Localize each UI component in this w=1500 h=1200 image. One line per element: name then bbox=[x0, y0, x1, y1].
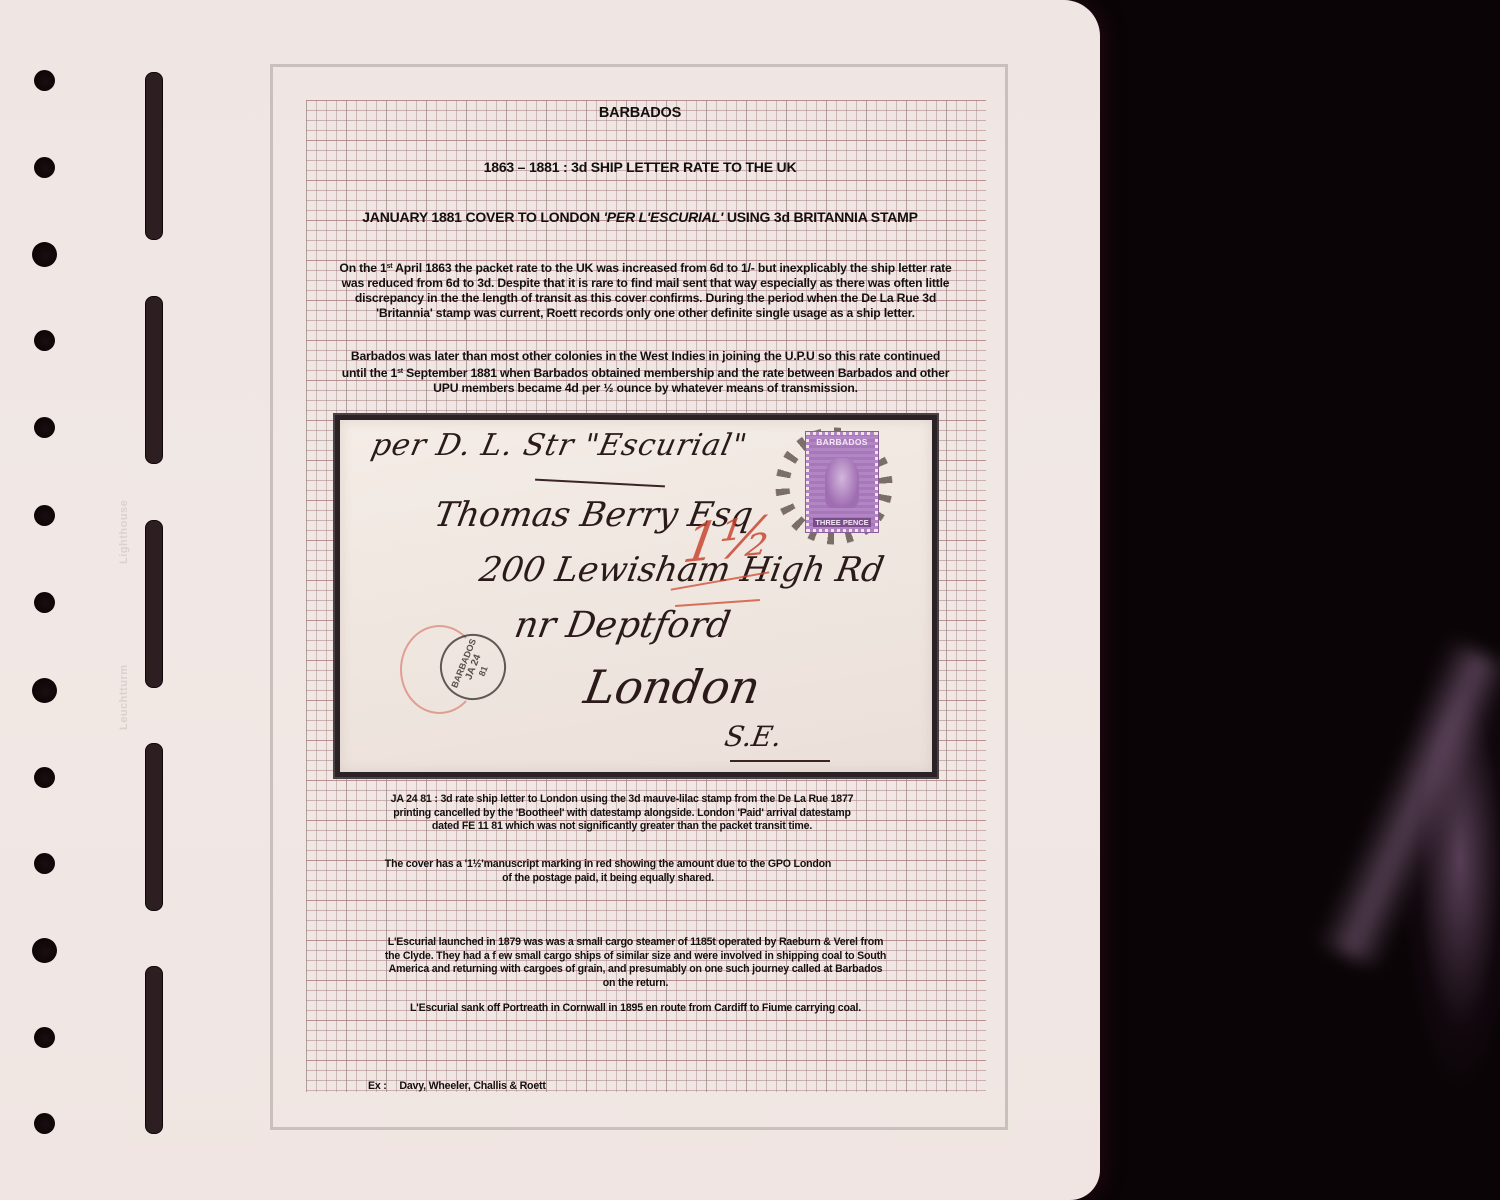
watermark-text: Leuchtturm bbox=[118, 665, 130, 731]
britannia-figure-icon bbox=[825, 458, 859, 508]
upu-paragraph: Barbados was later than most other colon… bbox=[338, 349, 953, 396]
ship-history: L'Escurial launched in 1879 was was a sm… bbox=[383, 936, 888, 990]
heading-prefix: JANUARY 1881 COVER TO LONDON bbox=[362, 209, 603, 225]
binder-hole bbox=[34, 1113, 55, 1134]
route-endorsement: per D. L. Str "Escurial" bbox=[368, 428, 750, 463]
address-town: nr Deptford bbox=[511, 605, 733, 646]
period-title: 1863 – 1881 : 3d SHIP LETTER RATE TO THE… bbox=[330, 159, 950, 175]
intro-text: On the 1 bbox=[339, 261, 386, 275]
provenance: Ex : Davy, Wheeler, Challis & Roett bbox=[368, 1080, 546, 1092]
heading-suffix: USING 3d BRITANNIA STAMP bbox=[723, 209, 918, 225]
binder-hole bbox=[34, 853, 55, 874]
manuscript-note: The cover has a '1½'manuscript marking i… bbox=[383, 858, 833, 885]
provenance-value: Davy, Wheeler, Challis & Roett bbox=[399, 1080, 545, 1092]
district-underline bbox=[730, 760, 830, 762]
watermark-text: Lighthouse bbox=[118, 500, 130, 564]
address-city: London bbox=[580, 660, 764, 714]
intro-text: April 1863 the packet rate to the UK was… bbox=[342, 261, 952, 320]
country-title: BARBADOS bbox=[330, 105, 950, 121]
binder-hole bbox=[34, 767, 55, 788]
binder-slot bbox=[145, 966, 163, 1134]
binder-hole bbox=[34, 1027, 55, 1048]
binder-hole bbox=[34, 157, 55, 178]
binder-slot bbox=[145, 296, 163, 464]
binder-hole bbox=[34, 330, 55, 351]
ship-fate: L'Escurial sank off Portreath in Cornwal… bbox=[383, 1002, 888, 1016]
heading-ship-name: 'PER L'ESCURIAL' bbox=[604, 209, 724, 225]
postal-cover: BARBADOS JA 24 81 BARBADOS THREE PENCE p… bbox=[340, 420, 932, 772]
binder-hole bbox=[34, 70, 55, 91]
exhibit-heading: JANUARY 1881 COVER TO LONDON 'PER L'ESCU… bbox=[330, 209, 950, 225]
upu-text: September 1881 when Barbados obtained me… bbox=[403, 366, 949, 395]
album-page: Leuchtturm Lighthouse BARBADOS 1863 – 18… bbox=[0, 0, 1100, 1200]
britannia-stamp: BARBADOS THREE PENCE bbox=[806, 432, 878, 532]
red-manuscript-marking: 1½ bbox=[679, 504, 778, 576]
stamp-value: THREE PENCE bbox=[813, 518, 870, 527]
provenance-label: Ex : bbox=[368, 1080, 387, 1092]
endorsement-underline bbox=[535, 479, 665, 488]
binder-hole bbox=[32, 678, 57, 703]
binder-slot bbox=[145, 520, 163, 688]
stamp-country: BARBADOS bbox=[816, 437, 868, 447]
binder-slot bbox=[145, 743, 163, 911]
intro-paragraph: On the 1st April 1863 the packet rate to… bbox=[338, 259, 953, 321]
binder-hole bbox=[34, 592, 55, 613]
binder-slot bbox=[145, 72, 163, 240]
cover-caption: JA 24 81 : 3d rate ship letter to London… bbox=[383, 793, 861, 834]
binder-hole bbox=[32, 242, 57, 267]
brand-watermark: Leuchtturm Lighthouse bbox=[118, 500, 130, 730]
binder-hole bbox=[34, 417, 55, 438]
binder-hole bbox=[34, 505, 55, 526]
postal-district: S.E. bbox=[722, 720, 784, 753]
datestamp-year: 81 bbox=[476, 664, 489, 677]
binder-hole bbox=[32, 938, 57, 963]
